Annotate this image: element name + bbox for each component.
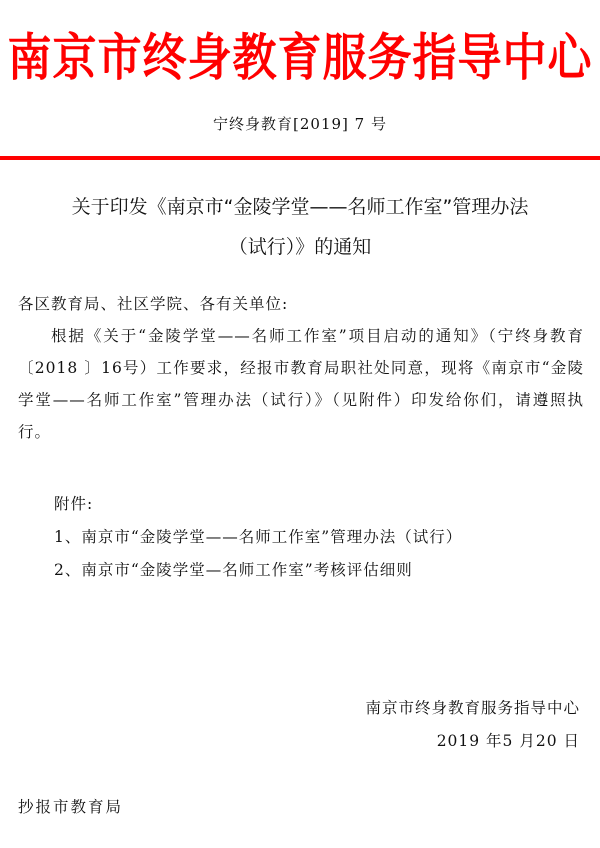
body-paragraph: 根据《关于“金陵学堂——名师工作室”项目启动的通知》（宁终身教育〔2018 〕1… [18, 320, 584, 448]
signature-date: 2019 年5 月20 日 [365, 725, 580, 758]
notice-title-line-1: 关于印发《南京市“金陵学堂——名师工作室”管理办法 [0, 187, 600, 227]
notice-title-line-2: （试行）》的通知 [0, 227, 600, 267]
signature-organization: 南京市终身教育服务指导中心 [365, 692, 580, 725]
notice-body: 各区教育局、社区学院、各有关单位: 根据《关于“金陵学堂——名师工作室”项目启动… [18, 288, 584, 448]
notice-title: 关于印发《南京市“金陵学堂——名师工作室”管理办法 （试行）》的通知 [0, 187, 600, 267]
attachment-item-2: 2、南京市“金陵学堂—名师工作室”考核评估细则 [54, 554, 584, 587]
attachments-label: 附件: [54, 488, 584, 521]
signature-block: 南京市终身教育服务指导中心 2019 年5 月20 日 [365, 692, 580, 758]
letterhead-title: 南京市终身教育服务指导中心 [0, 22, 600, 96]
red-divider-rule [0, 156, 600, 160]
document-number: 宁终身教育[2019] 7 号 [0, 113, 600, 135]
cc-line: 抄报市教育局 [18, 795, 123, 819]
salutation: 各区教育局、社区学院、各有关单位: [18, 288, 584, 320]
attachments-section: 附件: 1、南京市“金陵学堂——名师工作室”管理办法（试行） 2、南京市“金陵学… [54, 488, 584, 587]
attachment-item-1: 1、南京市“金陵学堂——名师工作室”管理办法（试行） [54, 521, 584, 554]
